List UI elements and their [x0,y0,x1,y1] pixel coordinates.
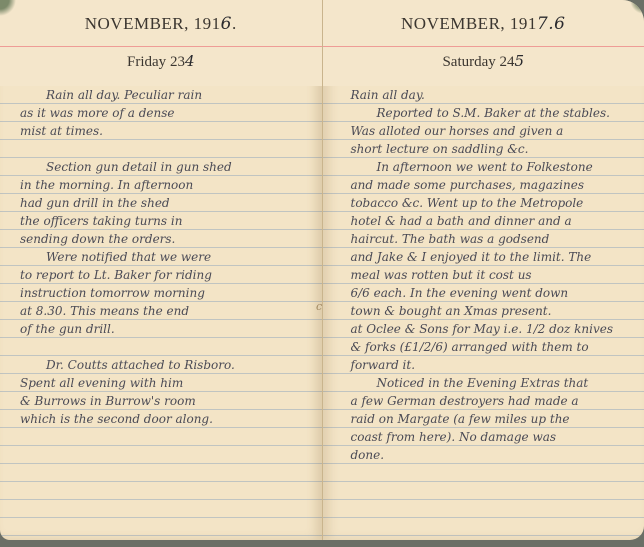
entry-blank-line [20,338,310,356]
entry-line: and Jake & I enjoyed it to the limit. Th… [351,248,631,266]
day-heading: Friday 234 [0,52,322,71]
weekday: Friday [127,54,166,70]
entry-line: hotel & had a bath and dinner and a [351,212,631,230]
entry-line: had gun drill in the shed [20,194,310,212]
entry-line: forward it. [351,356,631,374]
entry-line: Rain all day. [351,86,631,104]
entry-line: instruction tomorrow morning [20,284,310,302]
header-red-rule [0,46,322,47]
entry-line: Was alloted our horses and given a [351,122,631,140]
month-printed: NOVEMBER, 191 [401,14,537,33]
margin-mark: c [316,300,322,313]
entry-line: and made some purchases, magazines [351,176,631,194]
entry-line: & Burrows in Burrow's room [20,392,310,410]
entry-line: of the gun drill. [20,320,310,338]
month-printed: NOVEMBER, 191 [85,14,221,33]
right-page: NOVEMBER, 1917.6 Saturday 245 Rain all d… [323,0,644,540]
entry-line: Dr. Coutts attached to Risboro. [20,356,310,374]
entry-line: In afternoon we went to Folkestone [351,158,631,176]
month-year-heading: NOVEMBER, 1917.6 [323,14,644,34]
entry-blank-line [20,140,310,158]
date-handwritten-correction: 5 [515,52,525,70]
date-printed: 24 [500,54,515,70]
entry-line: Rain all day. Peculiar rain [20,86,310,104]
entry-line: Noticed in the Evening Extras that [351,374,631,392]
entry-line: Spent all evening with him [20,374,310,392]
month-year-heading: NOVEMBER, 1916. [0,14,322,34]
entry-line: meal was rotten but it cost us [351,266,631,284]
date-handwritten-correction: 4 [185,52,195,70]
year-handwritten-correction: 6 [221,14,232,34]
header-red-rule [323,46,644,47]
entry-line: sending down the orders. [20,230,310,248]
entry-line: in the morning. In afternoon [20,176,310,194]
entry-line: Reported to S.M. Baker at the stables. [351,104,631,122]
entry-line: tobacco &c. Went up to the Metropole [351,194,631,212]
entry-line: a few German destroyers had made a [351,392,631,410]
entry-line: 6/6 each. In the evening went down [351,284,631,302]
left-page: NOVEMBER, 1916. Friday 234 Rain all day.… [0,0,323,540]
day-heading: Saturday 245 [323,52,644,71]
page-header-area [0,0,322,86]
entry-line: raid on Margate (a few miles up the [351,410,631,428]
diary-entry-right: Rain all day. Reported to S.M. Baker at … [351,86,631,464]
entry-line: town & bought an Xmas present. [351,302,631,320]
date-printed: 23 [170,54,185,70]
diary-entry-left: Rain all day. Peculiar rain as it was mo… [20,86,310,428]
month-suffix: . [232,14,237,33]
entry-line: short lecture on saddling &c. [351,140,631,158]
entry-line: which is the second door along. [20,410,310,428]
entry-line: at 8.30. This means the end [20,302,310,320]
diary-spread: NOVEMBER, 1916. Friday 234 Rain all day.… [0,0,644,540]
entry-line: mist at times. [20,122,310,140]
year-handwritten-correction: 7.6 [537,14,566,34]
entry-line: done. [351,446,631,464]
entry-line: the officers taking turns in [20,212,310,230]
entry-line: & forks (£1/2/6) arranged with them to [351,338,631,356]
entry-line: at Oclee & Sons for May i.e. 1/2 doz kni… [351,320,631,338]
entry-line: Section gun detail in gun shed [20,158,310,176]
entry-line: coast from here). No damage was [351,428,631,446]
entry-line: as it was more of a dense [20,104,310,122]
page-header-area [323,0,644,86]
weekday: Saturday [442,54,495,70]
entry-line: haircut. The bath was a godsend [351,230,631,248]
entry-line: to report to Lt. Baker for riding [20,266,310,284]
entry-line: Were notified that we were [20,248,310,266]
